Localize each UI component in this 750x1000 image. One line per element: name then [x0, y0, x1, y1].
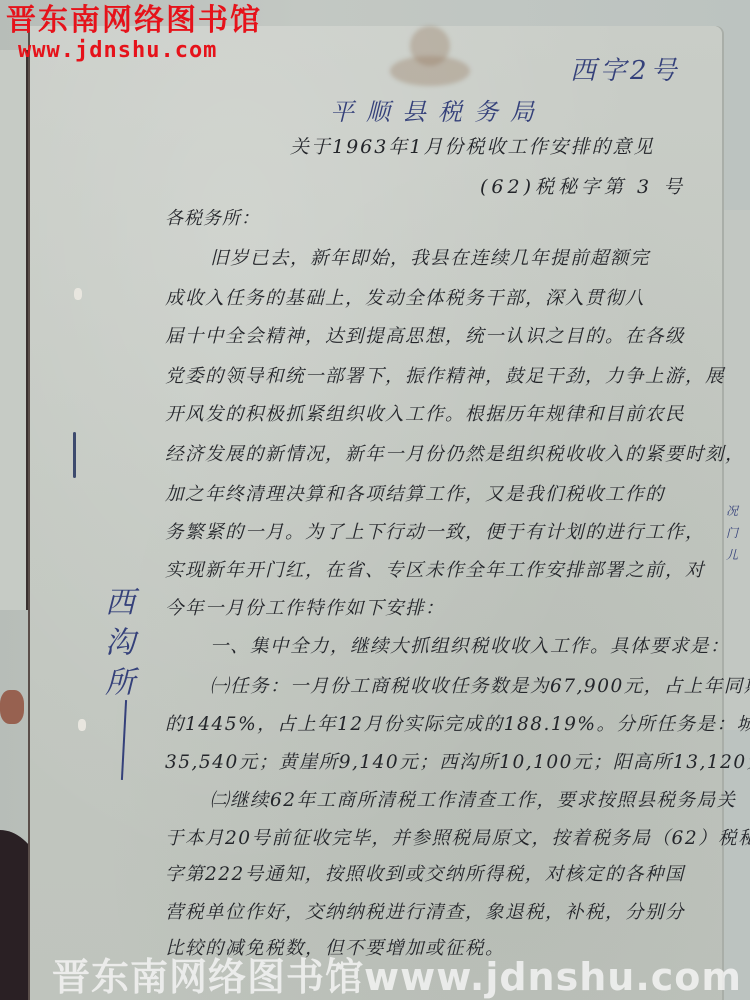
- body-line: ㈠任务：一月份工商税收收任务数是为67,900元，占上年同期: [210, 672, 750, 698]
- document-issuer: 平顺县税务局: [330, 92, 546, 127]
- body-line: 营税单位作好，交纳纳税进行清查，象退税，补税，分别分: [165, 898, 685, 924]
- document-number: (62)税秘字第 3 号: [480, 172, 686, 199]
- margin-note: 西沟所: [88, 586, 144, 706]
- body-line: 届十中全会精神，达到提高思想，统一认识之目的。在各级: [165, 322, 685, 348]
- watermark-top: 晋东南网络图书馆 www.jdnshu.com: [6, 4, 262, 64]
- staple-mark: [73, 432, 76, 478]
- rust-stain: [0, 690, 24, 724]
- document-subject: 关于1963年1月份税收工作安排的意见: [290, 132, 654, 159]
- watermark-top-url: www.jdnshu.com: [18, 38, 262, 64]
- punch-hole: [74, 288, 82, 300]
- body-line: 35,540元；黄崖所9,140元；西沟所10,100元；阳高所13,120元。: [165, 748, 750, 774]
- watermark-top-title: 晋东南网络图书馆: [6, 4, 262, 38]
- body-line: 旧岁已去，新年即始，我县在连续几年提前超额完: [210, 244, 650, 270]
- water-stain: [390, 56, 470, 86]
- body-line: 成收入任务的基础上，发动全体税务干部，深入贯彻八: [165, 284, 645, 310]
- body-line: 于本月20号前征收完毕，并参照税局原文，按着税务局（62）税秘: [165, 824, 750, 850]
- body-line: 经济发展的新情况，新年一月份仍然是组织税收收入的紧要时刻，: [165, 440, 745, 466]
- body-line: 务繁紧的一月。为了上下行动一致，便于有计划的进行工作，: [165, 518, 705, 544]
- right-sheet-fragment: 况门儿: [726, 500, 740, 566]
- body-line: 今年一月份工作特作如下安排：: [165, 594, 445, 620]
- body-line: 的1445%，占上年12月份实际完成的188.19%。分所任务是：城关所: [165, 710, 750, 736]
- watermark-bottom: 晋东南网络图书馆www.jdnshu.com: [52, 955, 750, 999]
- body-line: 实现新年开门红，在省、专区未作全年工作安排部署之前，对: [165, 556, 705, 582]
- underlying-sheet-left: [0, 50, 29, 610]
- body-line: ㈡继续62年工商所清税工作清查工作，要求按照县税务局关: [210, 786, 737, 812]
- section-heading: 一、集中全力，继续大抓组织税收收入工作。具体要求是：: [210, 632, 730, 658]
- body-line: 党委的领导和统一部署下，振作精神，鼓足干劲，力争上游，展: [165, 362, 725, 388]
- body-line: 开风发的积极抓紧组织收入工作。根据历年规律和目前农民: [165, 400, 685, 426]
- body-line: 加之年终清理决算和各项结算工作，又是我们税收工作的: [165, 480, 665, 506]
- body-line: 字第222号通知，按照收到或交纳所得税，对核定的各种国: [165, 860, 685, 886]
- top-annotation: 西字2号: [570, 50, 681, 87]
- salutation: 各税务所：: [165, 204, 260, 230]
- punch-hole: [78, 719, 86, 731]
